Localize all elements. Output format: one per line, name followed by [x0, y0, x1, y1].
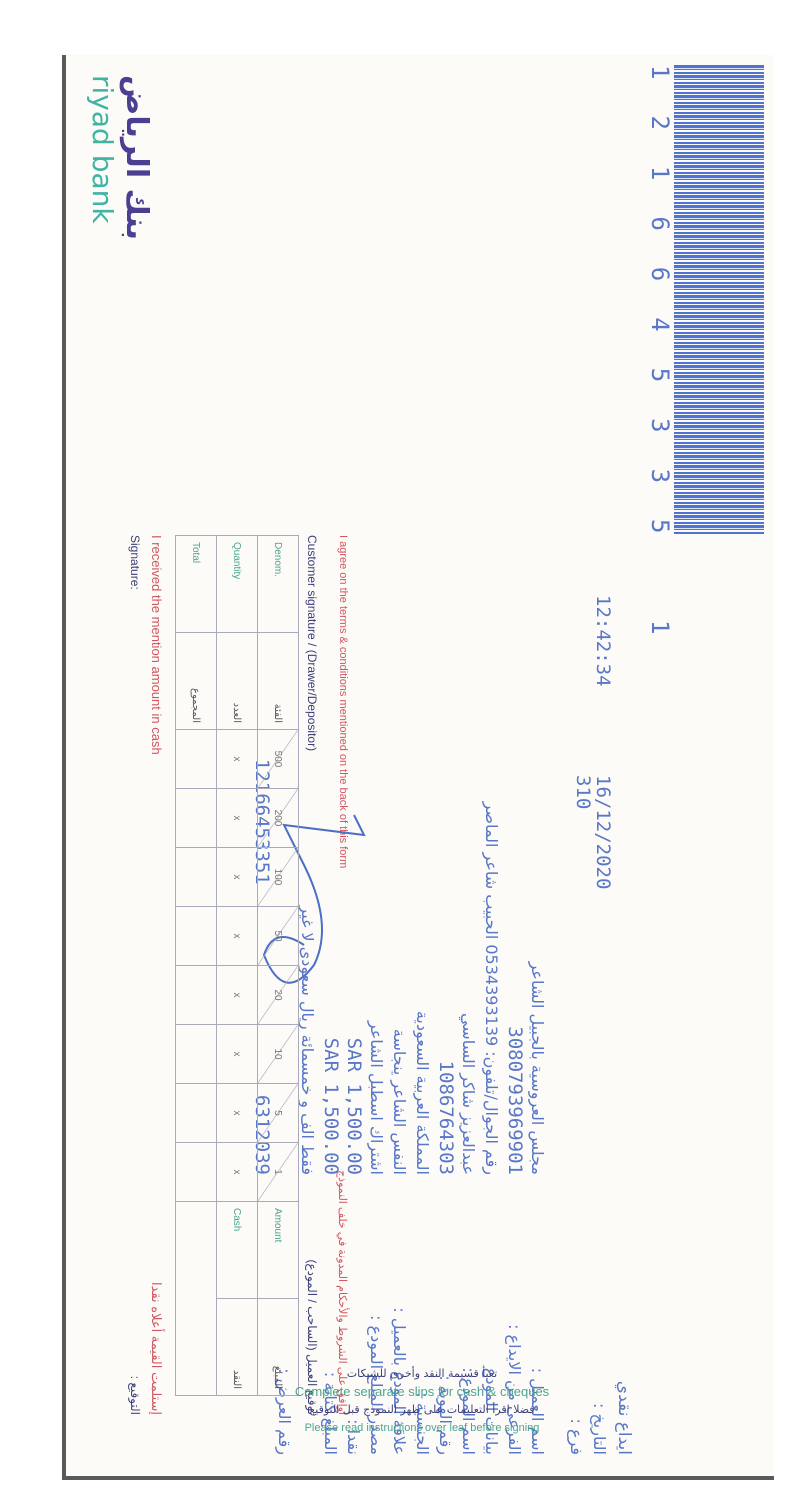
footer-line-1: تعبأ قسيمة النقد وأخرى للشيكات — [66, 1365, 778, 1383]
amount-label: Amount — [258, 1202, 299, 1299]
qty-cell: x — [217, 848, 258, 907]
account-number: 3080793969901 — [503, 455, 526, 1175]
denom-cell: 100 — [258, 848, 299, 907]
qty-cell: x — [217, 1084, 258, 1143]
denom-cell: 20 — [258, 966, 299, 1025]
barcode-digits: 1216645335 1 — [646, 65, 674, 670]
cash-label: Cash — [217, 1202, 258, 1299]
signature-caption: Customer signature / (Drawer/Depositor) — [305, 535, 319, 751]
footer-line-3: فضلا اقرأ التعليمات على ظهر النموذج قبل … — [66, 1401, 778, 1419]
quantity-row: Quantity العدد x x x x x x x x Cash النق… — [217, 536, 258, 1396]
denom-label: Denom. — [258, 536, 299, 633]
id-number: 1086764303 — [434, 455, 457, 1175]
received-statement: I received the mention amount in cash — [149, 535, 164, 755]
qty-cell: x — [217, 1143, 258, 1202]
denom-cell: 200 — [258, 789, 299, 848]
denom-cell: 5 — [258, 1084, 299, 1143]
total-label-ar: المجموع — [176, 633, 217, 730]
barcode — [674, 65, 764, 535]
qty-cell: x — [217, 789, 258, 848]
denom-row: Denom. الفئة 500 200 100 50 20 10 5 1 Am… — [258, 536, 299, 1396]
qty-cell: x — [217, 730, 258, 789]
qty-cell: x — [217, 907, 258, 966]
quantity-label: Quantity — [217, 536, 258, 633]
customer-name: مجلس العروسية بالجبيل الشاعر — [526, 455, 549, 1175]
deposit-slip: 1216645335 1 ايداع نقدي التاريخ : فرع : … — [66, 55, 774, 1475]
footer-line-4: Please read instructions over leaf befor… — [66, 1419, 778, 1437]
nationality: المملكة العربية السعودية — [411, 455, 434, 1175]
relationship: النفس الشاعر ينجاسة — [388, 455, 411, 1175]
denom-cell: 1 — [258, 1143, 299, 1202]
branch-value: 310 — [572, 775, 594, 809]
terms-agree-en: I agree on the terms & conditions mentio… — [337, 535, 349, 868]
denom-label-ar: الفئة — [258, 633, 299, 730]
denom-cell: 10 — [258, 1025, 299, 1084]
depositor-info: رقم الجوال/تلفون: 0534393139 الحبيب شاعر… — [480, 455, 503, 1175]
quantity-label-ar: العدد — [217, 633, 258, 730]
bank-logo-english: riyad bank — [86, 75, 119, 224]
total-label: Total — [176, 536, 217, 633]
bank-logo-arabic: بنك الرياض — [119, 75, 154, 240]
denom-cell: 50 — [258, 907, 299, 966]
depositor-name: عبدالعزيز شاكر الساسي — [457, 455, 480, 1175]
footer-line-2: Complete separate slips for cash & chequ… — [66, 1383, 778, 1401]
scanned-slip: 1216645335 1 ايداع نقدي التاريخ : فرع : … — [62, 55, 774, 1480]
time-value: 12:42:34 — [592, 595, 614, 687]
denomination-table: Denom. الفئة 500 200 100 50 20 10 5 1 Am… — [175, 535, 299, 1396]
footer-notes: تعبأ قسيمة النقد وأخرى للشيكات Complete … — [66, 1365, 778, 1437]
date-value: 16/12/2020 — [592, 775, 614, 889]
receipt-signature-label: Signature: — [128, 535, 142, 590]
qty-cell: x — [217, 966, 258, 1025]
denom-cell: 500 — [258, 730, 299, 789]
qty-cell: x — [217, 1025, 258, 1084]
total-row: Total المجموع — [176, 536, 217, 1396]
